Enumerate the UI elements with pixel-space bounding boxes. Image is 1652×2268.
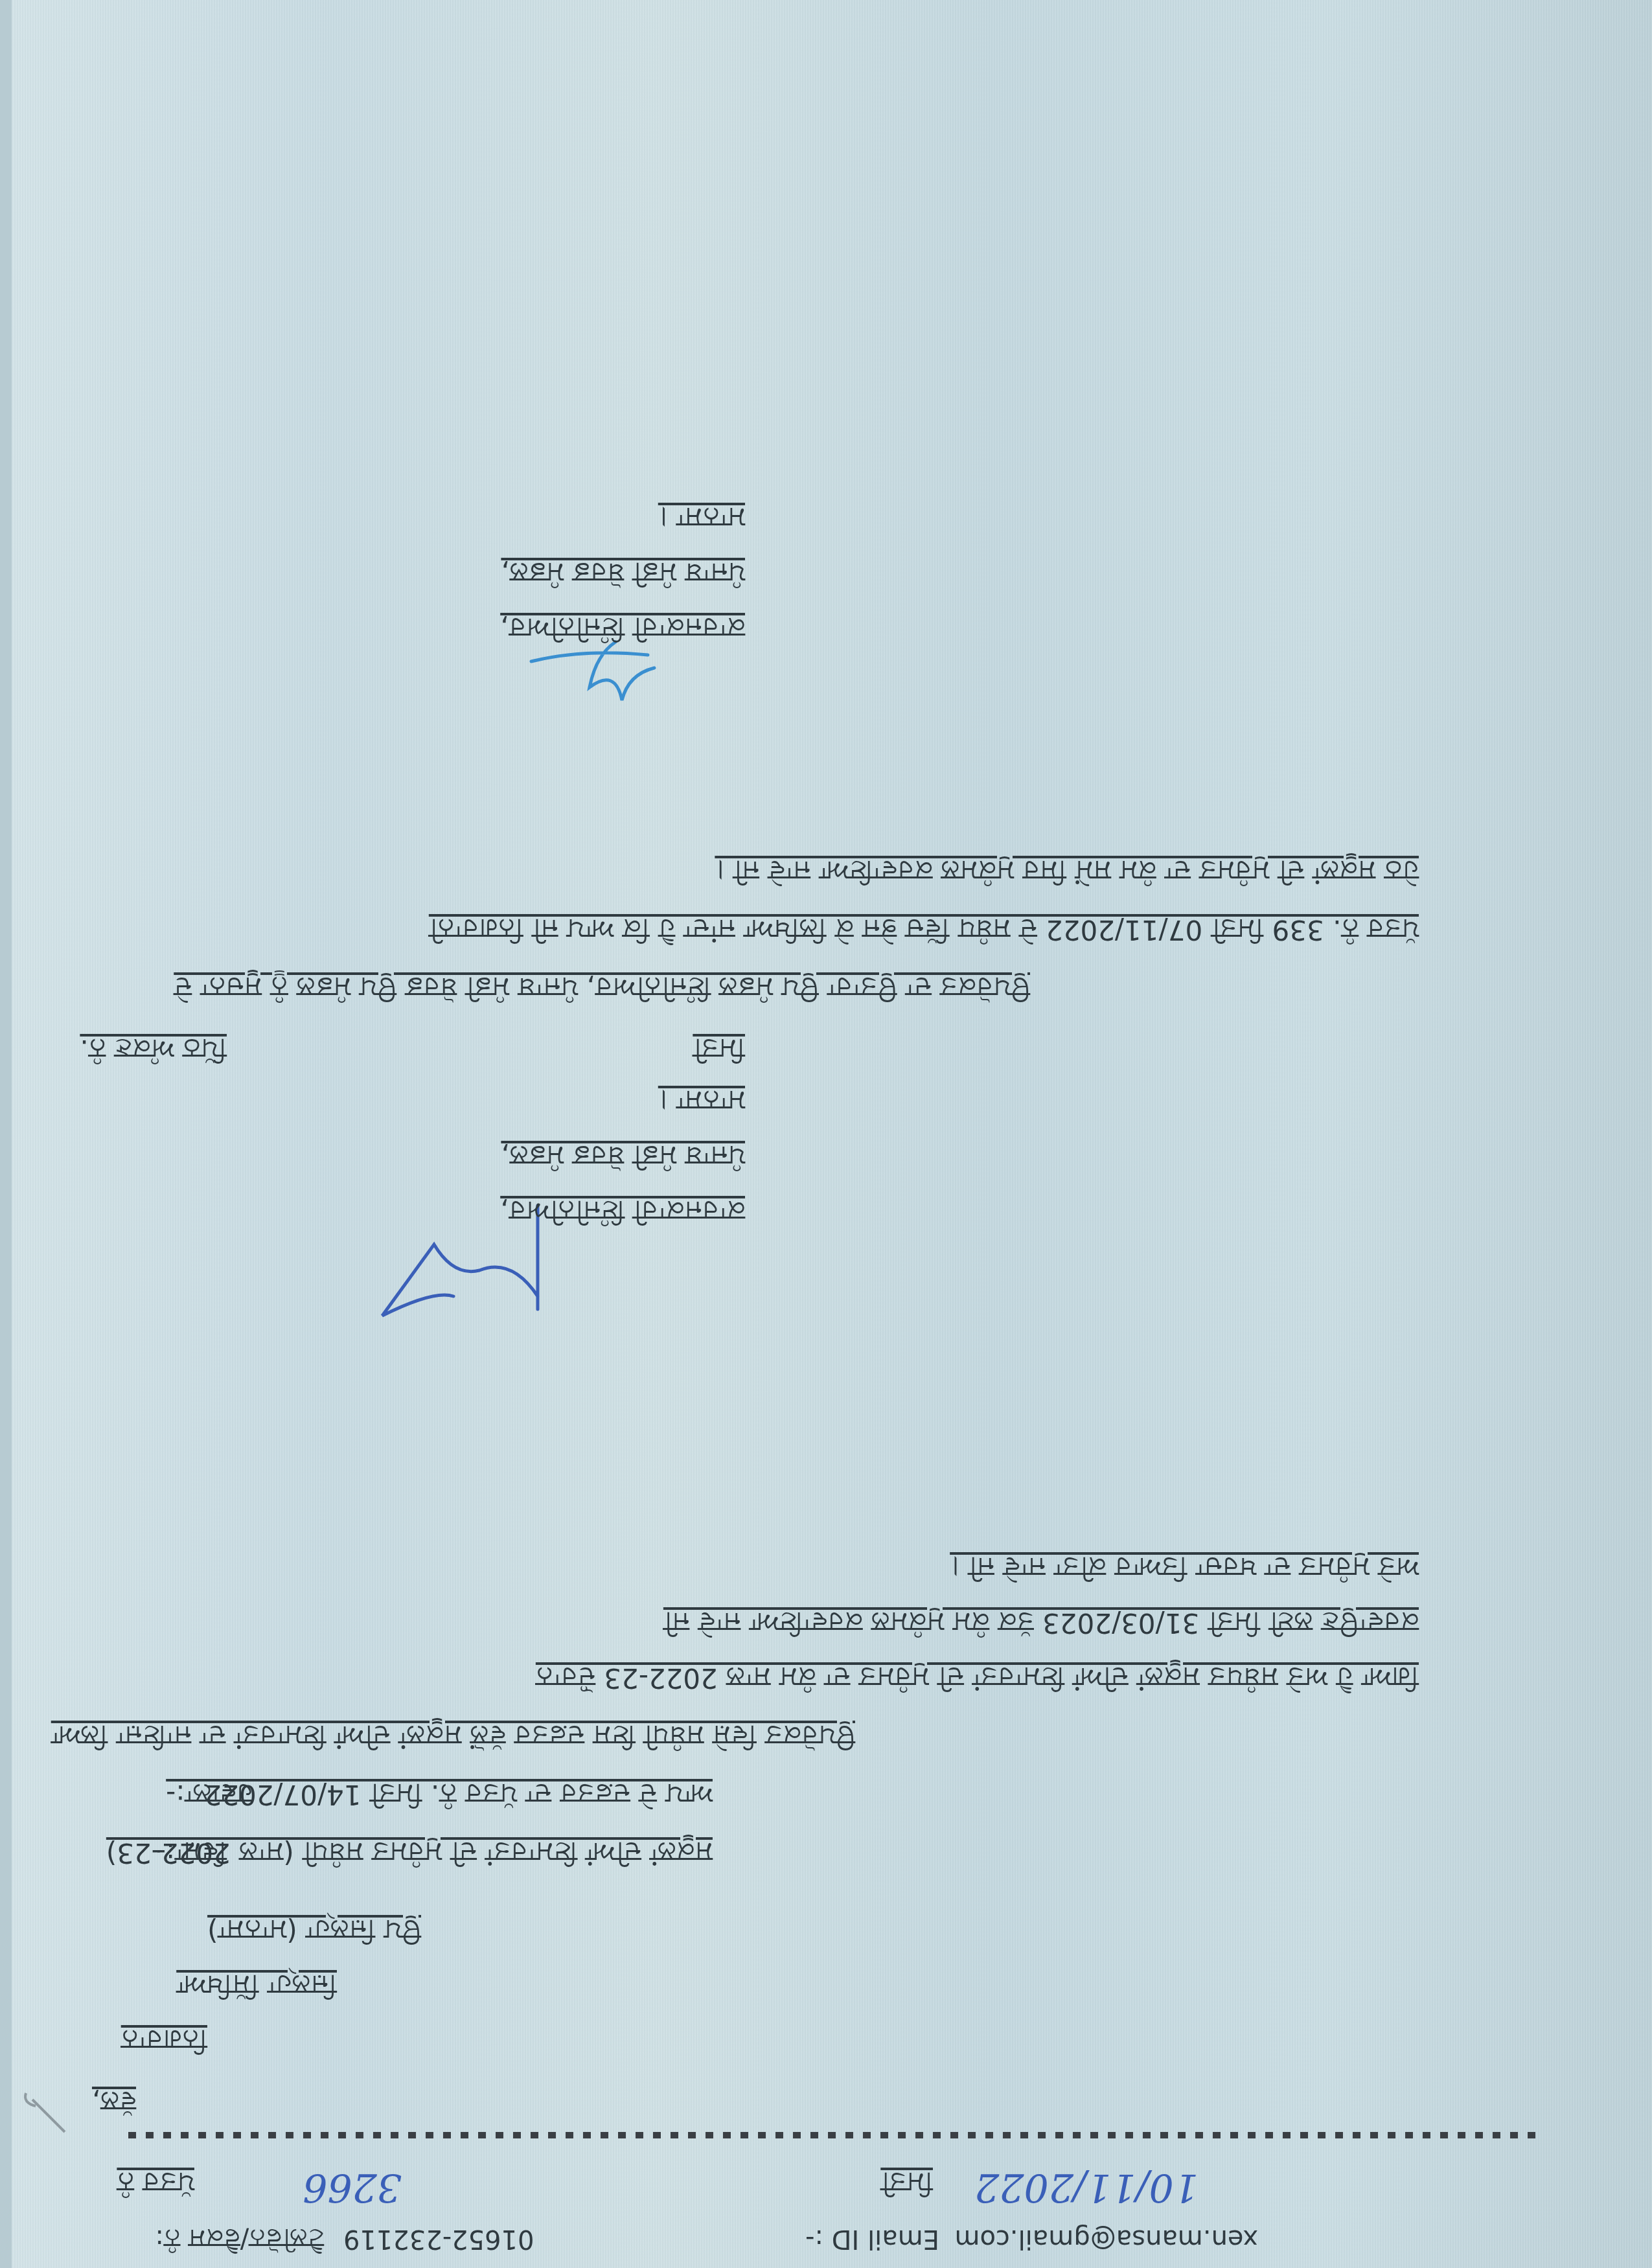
body-line-3: ਕਰਵਾਉਣ ਲਈ ਮਿਤੀ 31/03/2023 ਤੱਕ ਕੰਮ ਮੁਕੰਮਲ… <box>663 1609 1419 1636</box>
date-label: ਮਿਤੀ <box>880 2170 933 2197</box>
subject-text: ਸਕੂਲਾਂ ਦੀਆਂ ਇਮਾਰਤਾਂ ਦੀ ਮੁਰੰਮਤ ਸਬੰਧੀ (ਸਾਲ… <box>106 1839 713 1866</box>
signature-2-designation: ਕਾਰਜਕਾਰੀ ਇੰਜੀਨੀਅਰ, <box>500 615 745 642</box>
signature-1-place: ਮਾਨਸਾ। <box>658 1088 745 1115</box>
letter-date: 10/11/2022 <box>974 2168 1199 2206</box>
signature-2 <box>518 636 661 713</box>
body-line-1: ਉਪਰੋਕਤ ਵਿਸ਼ੇ ਸਬੰਧੀ ਇਸ ਦਫ਼ਤਰ ਵੱਲੋਂ ਸਕੂਲਾਂ… <box>51 1723 855 1750</box>
endorsement-line-2: ਪੱਤਰ ਨੰ. 339 ਮਿਤੀ 07/11/2022 ਦੇ ਸਬੰਧ ਵਿੱ… <box>429 916 1419 943</box>
endorsement-line-3: ਹੇਠ ਸਕੂਲਾਂ ਦੀ ਮੁਰੰਮਤ ਦਾ ਕੰਮ ਸਮੇਂ ਸਿਰ ਮੁਕ… <box>715 858 1419 885</box>
addressee-line-2: ਜ਼ਿਲ੍ਹਾ ਸਿੱਖਿਆ <box>176 1972 337 1999</box>
signature-1-designation: ਕਾਰਜਕਾਰੀ ਇੰਜੀਨੀਅਰ, <box>500 1198 745 1225</box>
salutation: ਵੱਲ, <box>92 2089 136 2116</box>
letter-number-label: ਪੱਤਰ ਨੰ <box>117 2170 194 2197</box>
staple-mark <box>13 2087 71 2138</box>
signature-1-department: ਪੰਜਾਬ ਮੰਡੀ ਬੋਰਡ ਮੰਡਲ, <box>501 1143 745 1170</box>
email-address: xen.mansa@gmail.com <box>954 2226 1258 2252</box>
letter-number: 3266 <box>303 2168 402 2206</box>
signature-2-department: ਪੰਜਾਬ ਮੰਡੀ ਬੋਰਡ ਮੰਡਲ, <box>501 560 745 587</box>
addressee-line-1: ਨਿਗਰਾਨ <box>121 2027 207 2054</box>
endorsement-line-1: ਉਪਰੋਕਤ ਦਾ ਉਤਾਰਾ ਉਪ ਮੰਡਲ ਇੰਜੀਨੀਅਰ, ਪੰਜਾਬ … <box>174 974 1030 1002</box>
body-line-4: ਅਤੇ ਮੁਰੰਮਤ ਦਾ ਖਰਚਾ ਤਿਆਰ ਕੀਤਾ ਜਾਵੇ ਜੀ। <box>950 1554 1419 1581</box>
paper-edge <box>0 0 12 2268</box>
signature-2-place: ਮਾਨਸਾ। <box>658 505 745 532</box>
endorsement-label: ਪਿੱਠ ਅੰਕਣ ਨੰ. <box>80 1036 227 1063</box>
header-divider <box>123 2132 1535 2138</box>
email-label: Email ID :- <box>805 2226 939 2252</box>
endorsement-date-label: ਮਿਤੀ <box>693 1036 745 1063</box>
phone-number: 01652-232119 <box>343 2226 534 2252</box>
phone-label: ਟੈਲੀਫੋਨ/ਫੈਕਸ ਨੰ: <box>155 2226 324 2252</box>
document-page: ਟੈਲੀਫੋਨ/ਫੈਕਸ ਨੰ: 01652-232119 Email ID :… <box>0 0 1652 2268</box>
body-line-2: ਗਿਆ ਹੈ ਅਤੇ ਸਬੰਧਤ ਸਕੂਲਾਂ ਦੀਆਂ ਇਮਾਰਤਾਂ ਦੀ … <box>536 1664 1419 1691</box>
addressee-line-3: ਉਪ ਜ਼ਿਲ੍ਹਾ (ਮਾਨਸਾ) <box>207 1917 421 1944</box>
reference-text: ਆਪ ਦੇ ਦਫ਼ਤਰ ਦਾ ਪੱਤਰ ਨੰ. ਮਿਤੀ 14/07/2022 <box>204 1781 713 1808</box>
